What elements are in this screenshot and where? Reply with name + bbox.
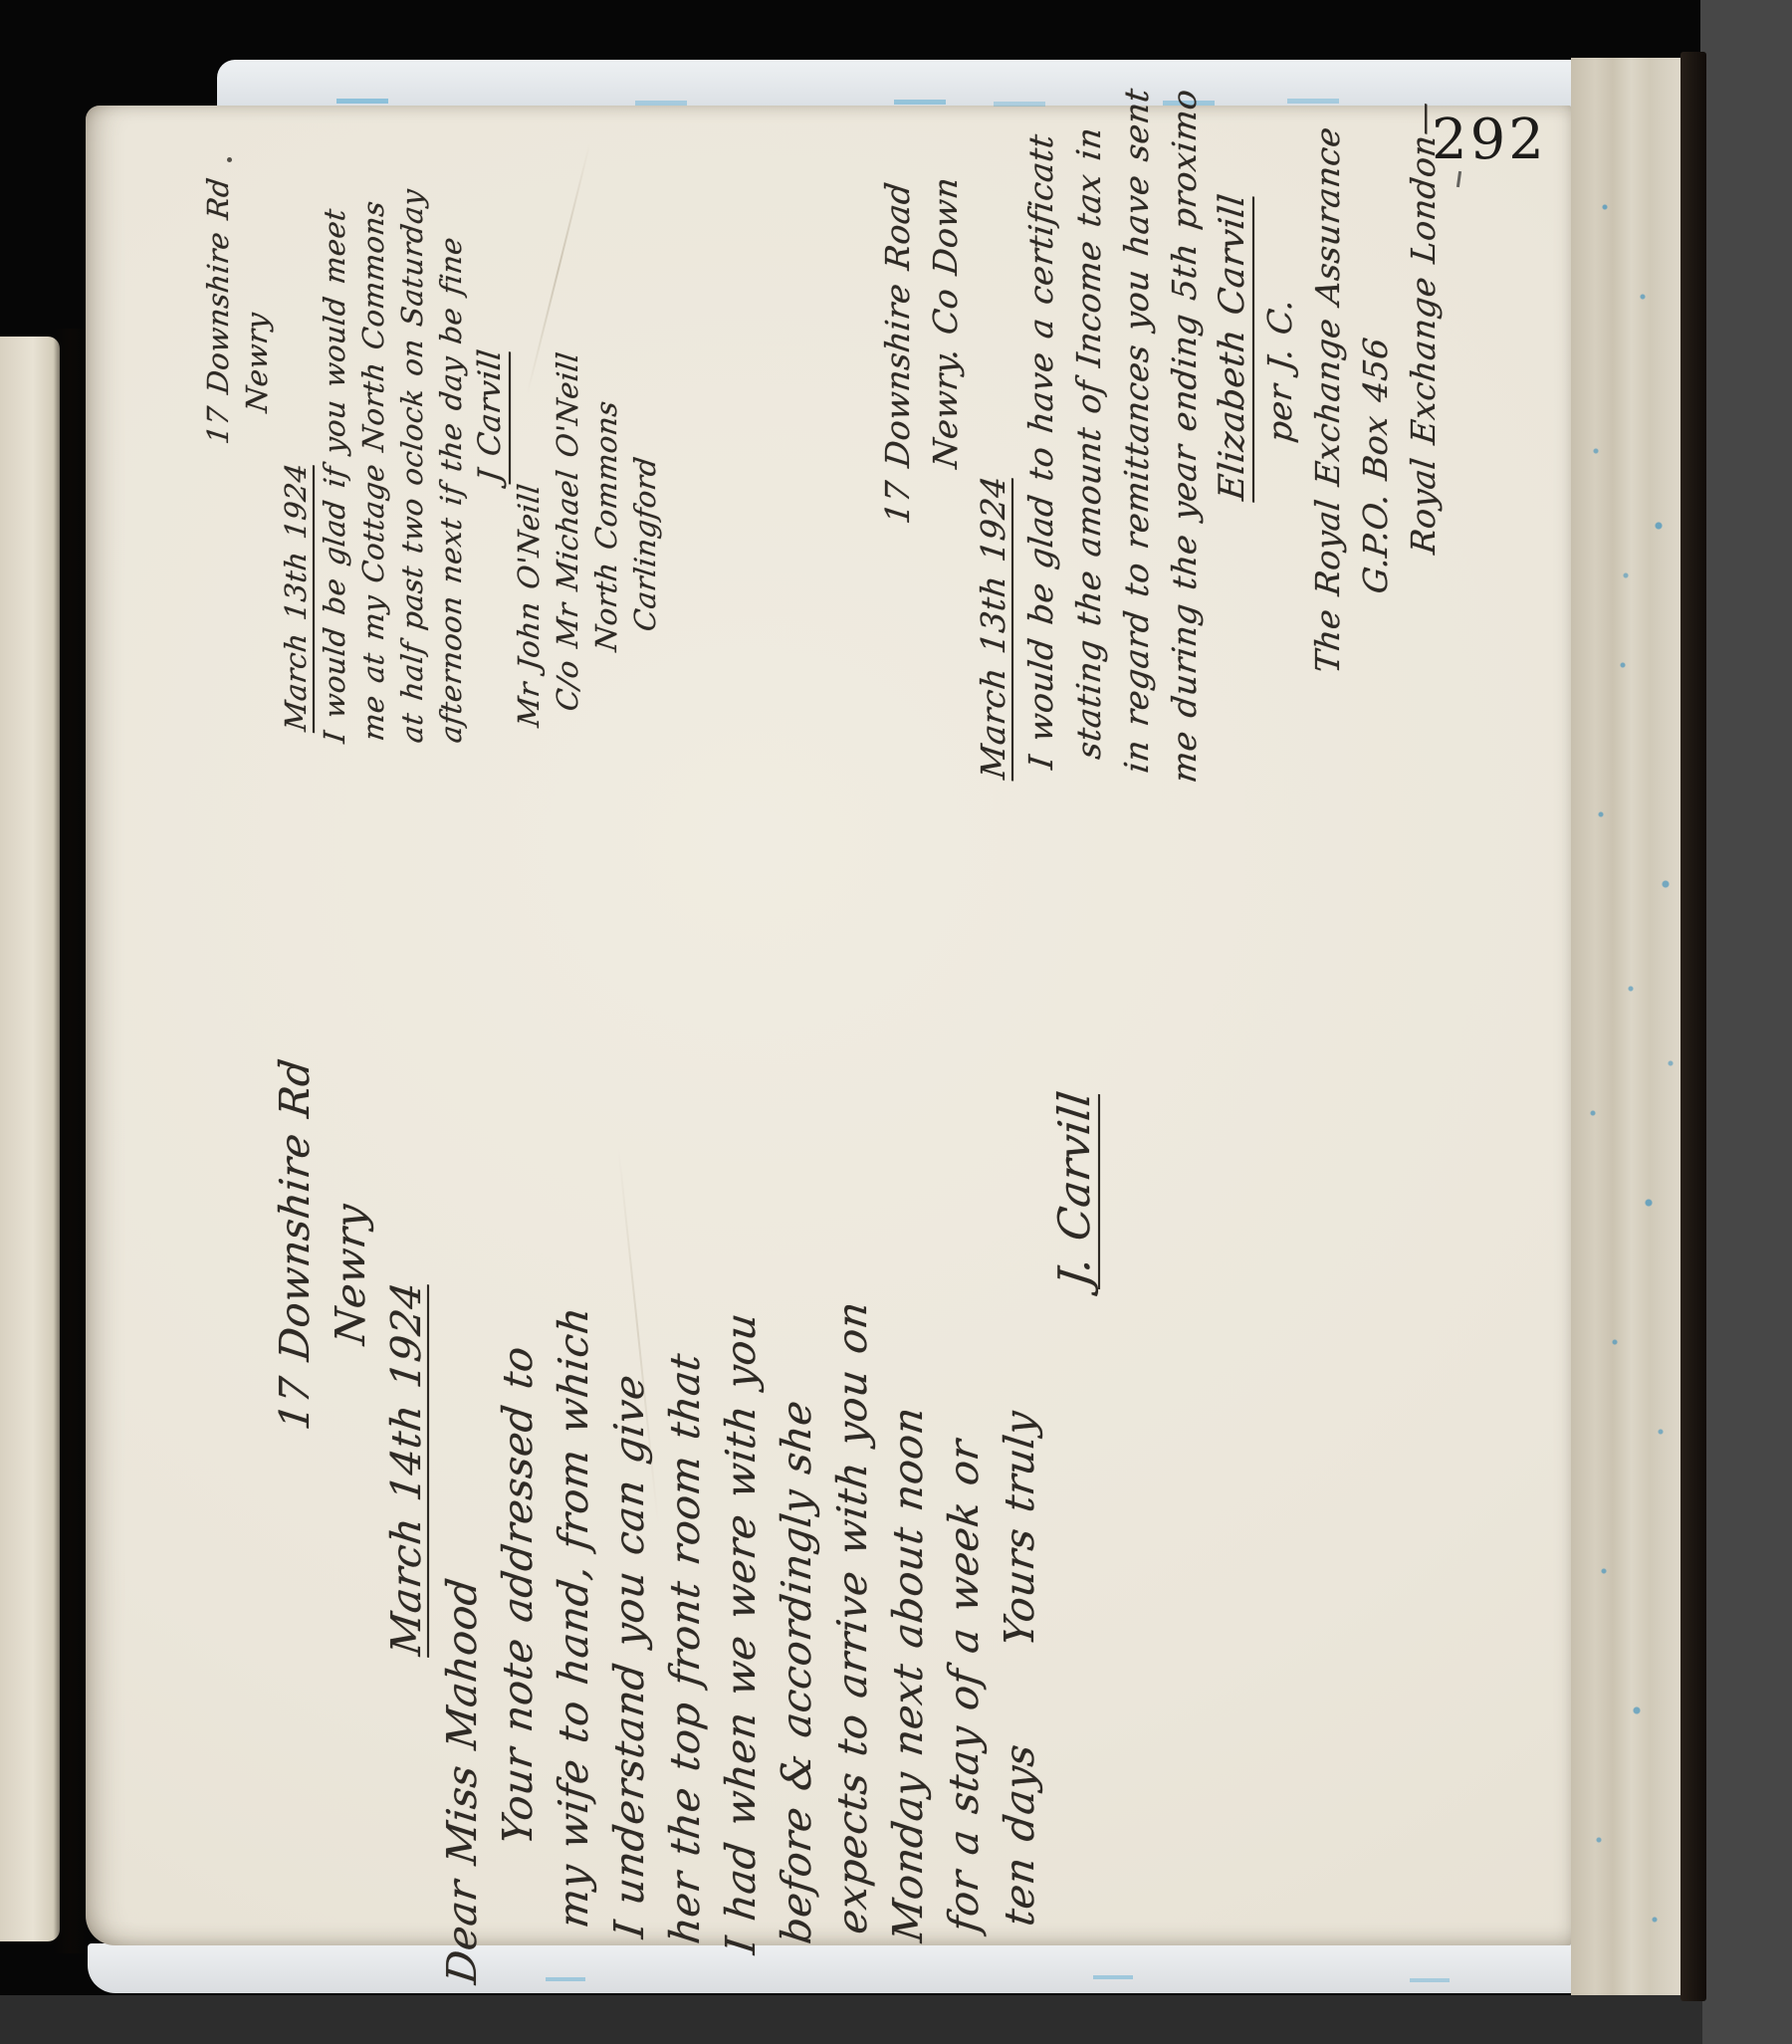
letter-line-text: Monday next about noon [880,1404,936,1945]
letter-line: Carlingford [626,104,665,743]
letter-line-text: North Commons [587,398,626,653]
letter-line: stating the amount of Income tax in [1065,104,1113,785]
letter-line-text: C/o Mr Michael O'Neill [549,349,587,713]
letter-line-text: 17 Downshire Rd [267,1055,323,1433]
letter-line: I would be glad to have a certificatt [1017,104,1065,785]
letterbook-scan: 292 17 Downshire RdNewryMarch 13th 1924I… [0,0,1792,2044]
letter-line-text: Newry. Co Down [922,174,970,471]
letter-line: afternoon next if the day be fine [432,104,471,743]
letter-line: Dear Miss Mahood [434,810,490,1983]
letter-line-text: Royal Exchange London— [1400,99,1448,557]
letter-line-text: March 13th 1924 [277,461,316,734]
book-gutter-shadow [54,329,90,1953]
letter-line-text: my wife to hand, from which [546,1303,601,1930]
handwritten-letter: 17 Downshire RdNewryMarch 13th 1924I wou… [199,104,667,743]
letter-line: me during the year ending 5th proximo [1161,104,1209,785]
letter-line: J Carvill [471,104,510,743]
letter-line: my wife to hand, from which [546,810,601,1983]
letter-line: Your note addressed to [490,810,546,1983]
letter-line: Newry. Co Down [922,104,970,785]
letter-line: Elizabeth Carvill [1209,104,1256,785]
letter-line-text: for a stay of a week or [936,1437,992,1935]
letter-line-text: Carlingford [626,454,665,633]
letter-line-text: I would be glad to have a certificatt [1017,131,1065,772]
letter-line-text: J Carvill [471,347,510,485]
letter-line: per J. C. [1256,104,1304,785]
letter-line: Monday next about noon [880,810,936,1983]
background-right [1700,0,1792,2044]
letter-line-text: March 14th 1924 [378,1278,434,1658]
letter-line-text: March 13th 1924 [970,473,1017,782]
letter-line-text: The Royal Exchange Assurance [1304,124,1352,676]
letter-line: I understand you can give [601,810,657,1983]
letter-line-text: 17 Downshire Rd [199,175,238,446]
letter-line-text: Your note addressed to [490,1343,546,1848]
facing-page-sliver [0,337,60,1941]
letter-line-text: 17 Downshire Road [874,179,922,527]
letter-line: March 13th 1924 [970,104,1017,785]
letter-line: me at my Cottage North Commons [354,104,393,743]
letter-line-text: me during the year ending 5th proximo [1161,87,1209,786]
letter-line: 17 Downshire Rd [199,104,238,743]
letter-line: March 14th 1924 [378,810,434,1983]
letter-line: in regard to remittances you have sent [1113,104,1161,785]
letter-line-text: Elizabeth Carvill [1209,191,1256,503]
handwritten-letter: 17 Downshire RdNewryMarch 14th 1924Dear … [267,810,1115,1983]
letter-line: G.P.O. Box 456 [1352,104,1400,785]
letter-line-text: her the top front room that [657,1350,713,1946]
letter-line: I would be glad if you would meet [316,104,354,743]
letter-line-text: at half past two oclock on Saturday [393,187,432,746]
letter-line: for a stay of a week or [936,810,992,1983]
letter-line-text: before & accordingly she [769,1397,824,1946]
letter-line-text: Newry [238,310,277,414]
letter-line-text: Newry [323,1201,378,1347]
letter-line: Newry [323,810,378,1983]
letter-line: at half past two oclock on Saturday [393,104,432,743]
book-fore-edge-speckled [1571,58,1680,1995]
letter-line-text: J. Carvill [1047,1088,1103,1290]
letter-line: ten days Yours truly [992,810,1047,1983]
letter-line-text: I had when we were with you [713,1309,769,1956]
letter-line-text: me at my Cottage North Commons [354,198,393,743]
letter-line-text: afternoon next if the day be fine [432,235,471,746]
letter-line-text: expects to arrive with you on [824,1298,880,1937]
letter-line: her the top front room that [657,810,713,1983]
letter-line-text: G.P.O. Box 456 [1352,335,1400,596]
letter-line-text: Dear Miss Mahood [434,1575,490,1987]
letter-line-text: per J. C. [1256,296,1304,445]
handwritten-letter: 17 Downshire RoadNewry. Co DownMarch 13t… [874,104,1450,785]
letter-line: before & accordingly she [769,810,824,1983]
letter-line: Newry [238,104,277,743]
letter-line: C/o Mr Michael O'Neill [549,104,587,743]
letter-line: 17 Downshire Rd [267,810,323,1983]
letter-line: 17 Downshire Road [874,104,922,785]
background-bottom [0,1995,1702,2044]
letter-line-text: Mr John O'Neill [510,482,549,730]
book-cover-edge [1680,52,1706,2001]
letter-line-text: I understand you can give [601,1371,657,1940]
letter-line: expects to arrive with you on [824,810,880,1983]
letter-line: North Commons [587,104,626,743]
letter-line: March 13th 1924 [277,104,316,743]
letter-line-text: I would be glad if you would meet [316,206,354,745]
letter-line-text: stating the amount of Income tax in [1065,124,1113,762]
letter-line: The Royal Exchange Assurance [1304,104,1352,785]
letter-line-text: ten days Yours truly [992,1408,1047,1930]
letter-line: Mr John O'Neill [510,104,549,743]
letter-line: Royal Exchange London— [1400,104,1448,785]
letter-line: J. Carvill [1047,810,1103,1983]
letter-line-text: in regard to remittances you have sent [1113,86,1161,776]
letter-line: I had when we were with you [713,810,769,1983]
